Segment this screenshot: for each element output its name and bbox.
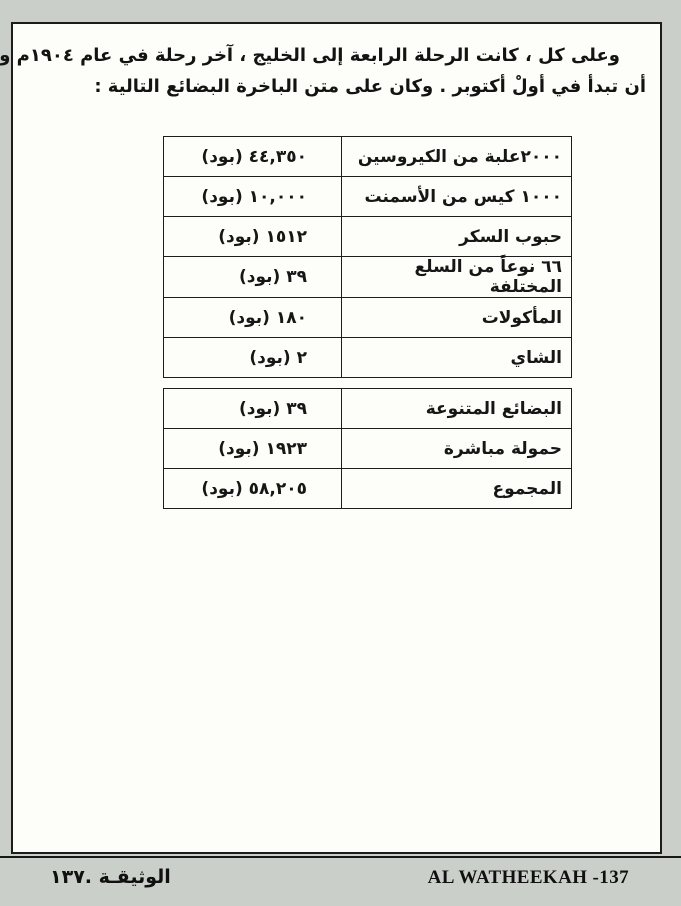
cargo-item-label: ١٠٠٠ كيس من الأسمنت	[342, 177, 572, 217]
intro-paragraph: وعلى كل ، كانت الرحلة الرابعة إلى الخليج…	[23, 40, 646, 102]
cargo-item-label: ٢٠٠٠علبة من الكيروسين	[342, 137, 572, 177]
document-paper-frame: وعلى كل ، كانت الرحلة الرابعة إلى الخليج…	[11, 22, 662, 854]
cargo-item-quantity: ١٩٢٣ (بود)	[164, 429, 342, 469]
table-row: حبوب السكر ١٥١٢ (بود)	[164, 217, 572, 257]
cargo-total-label: المجموع	[342, 469, 572, 509]
cargo-item-label: الشاي	[342, 338, 572, 378]
footer-journal-title-arabic: الوثيقـة .١٣٧	[50, 866, 171, 888]
intro-paragraph-line1: وعلى كل ، كانت الرحلة الرابعة إلى الخليج…	[23, 40, 646, 71]
cargo-table-section-1: ٢٠٠٠علبة من الكيروسين ٤٤,٣٥٠ (بود) ١٠٠٠ …	[163, 136, 572, 378]
cargo-item-label: حبوب السكر	[342, 217, 572, 257]
cargo-item-label: ٦٦ نوعاً من السلع المختلفة	[342, 257, 572, 298]
table-row: ٦٦ نوعاً من السلع المختلفة ٣٩ (بود)	[164, 257, 572, 298]
cargo-manifest: ٢٠٠٠علبة من الكيروسين ٤٤,٣٥٠ (بود) ١٠٠٠ …	[162, 136, 572, 509]
cargo-item-quantity: ٤٤,٣٥٠ (بود)	[164, 137, 342, 177]
cargo-item-quantity: ٢ (بود)	[164, 338, 342, 378]
table-row: حمولة مباشرة ١٩٢٣ (بود)	[164, 429, 572, 469]
cargo-item-label: البضائع المتنوعة	[342, 389, 572, 429]
cargo-table-section-2: البضائع المتنوعة ٣٩ (بود) حمولة مباشرة ١…	[163, 388, 572, 509]
table-row: المجموع ٥٨,٢٠٥ (بود)	[164, 469, 572, 509]
cargo-item-label: حمولة مباشرة	[342, 429, 572, 469]
table-row: الشاي ٢ (بود)	[164, 338, 572, 378]
table-row: المأكولات ١٨٠ (بود)	[164, 298, 572, 338]
cargo-item-quantity: ١٠,٠٠٠ (بود)	[164, 177, 342, 217]
intro-paragraph-line2: أن تبدأ في أولْ أكتوبر . وكان على متن ال…	[23, 71, 646, 102]
cargo-item-label: المأكولات	[342, 298, 572, 338]
cargo-item-quantity: ٣٩ (بود)	[164, 389, 342, 429]
table-row: ٢٠٠٠علبة من الكيروسين ٤٤,٣٥٠ (بود)	[164, 137, 572, 177]
table-row: البضائع المتنوعة ٣٩ (بود)	[164, 389, 572, 429]
cargo-total-quantity: ٥٨,٢٠٥ (بود)	[164, 469, 342, 509]
cargo-item-quantity: ٣٩ (بود)	[164, 257, 342, 298]
cargo-item-quantity: ١٥١٢ (بود)	[164, 217, 342, 257]
cargo-item-quantity: ١٨٠ (بود)	[164, 298, 342, 338]
footer-rule	[0, 856, 681, 858]
footer-journal-title-english: AL WATHEEKAH -137	[428, 867, 629, 889]
scanned-document-page: { "intro": { "line1": "وعلى كل ، كانت ال…	[0, 0, 681, 906]
table-row: ١٠٠٠ كيس من الأسمنت ١٠,٠٠٠ (بود)	[164, 177, 572, 217]
